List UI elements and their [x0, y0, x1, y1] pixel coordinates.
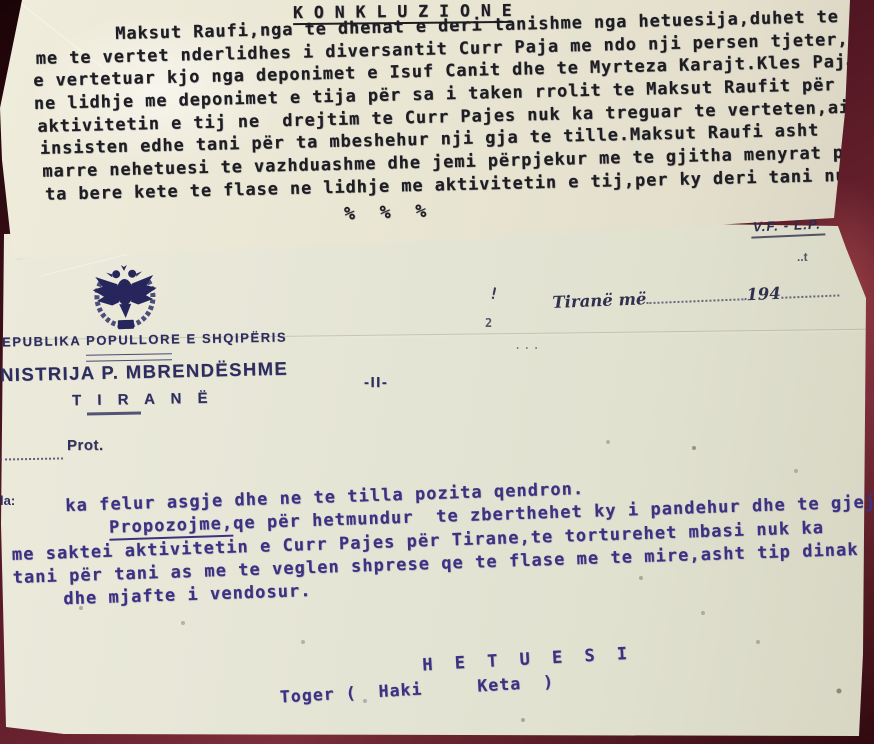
- date-fill-dots: [646, 285, 747, 304]
- stray-ink-mark: ...: [514, 338, 542, 352]
- stray-ink-mark: 2: [485, 316, 492, 330]
- scanned-document-photo: EPUBLIKA POPULLORE E SHQIPËRIS NISTRIJA …: [0, 0, 874, 744]
- conclusion-paragraph: Maksut Raufi,nga te dhenat e deri tanish…: [32, 7, 860, 208]
- corner-initials-note: V.F. - L.P.: [751, 216, 826, 238]
- paper-specks: [0, 0, 2, 2]
- protocol-fill-dots: [0, 451, 63, 460]
- section-separator-marks: % % %: [344, 200, 434, 224]
- date-place-label: Tiranë më: [552, 289, 647, 312]
- letterhead-city-line: T I R A N Ë: [72, 390, 214, 409]
- underlined-word: Propozojme,: [109, 514, 234, 541]
- date-fill-dots: [780, 281, 839, 298]
- albanian-eagle-emblem-icon: [87, 257, 164, 340]
- protocol-label: Prot.: [67, 437, 104, 454]
- corner-initials-tail: ..t: [797, 250, 808, 264]
- page-section-number: -II-: [364, 374, 388, 391]
- date-year-prefix: 194: [746, 284, 781, 304]
